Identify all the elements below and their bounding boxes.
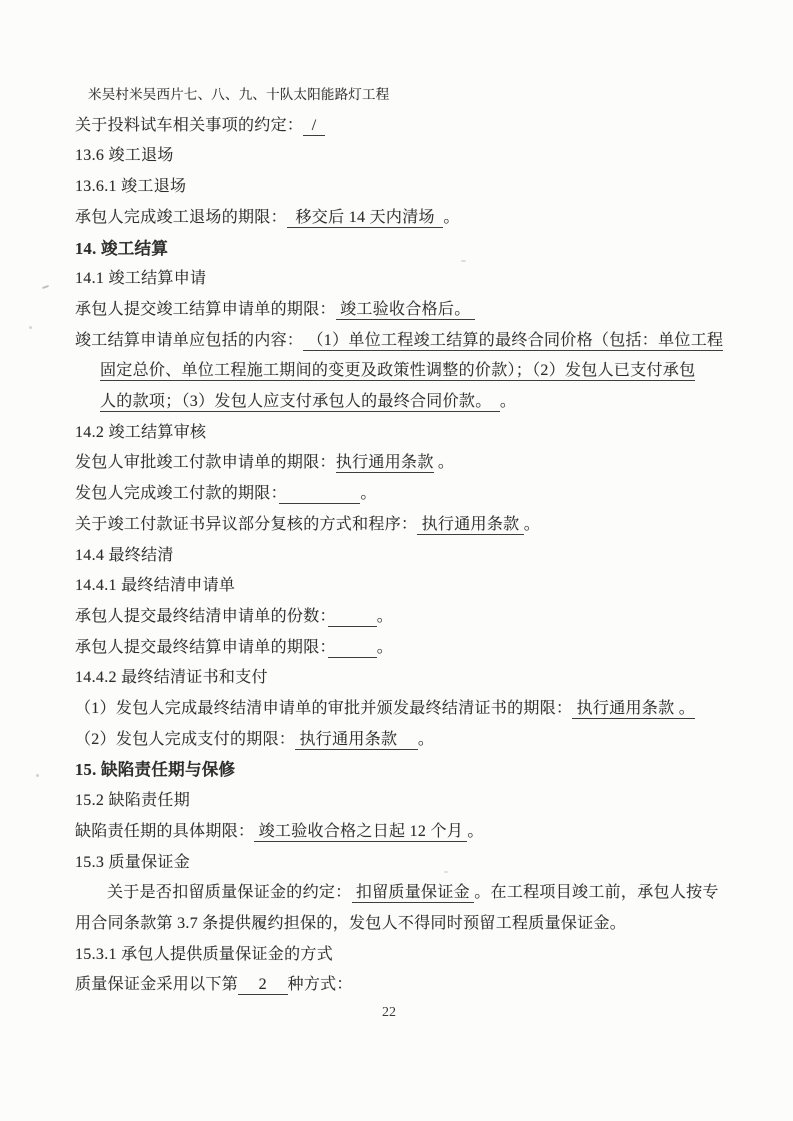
scan-speck [29,326,32,329]
line-text: 15.2 缺陷责任期 [75,792,190,809]
line-text: （2）发包人完成支付的期限： [75,731,295,748]
doc-line: 13.6 竣工退场 [75,141,775,172]
doc-line: 15.3 质量保证金 [75,848,775,879]
fill-in-blank [328,608,377,627]
doc-line: 质量保证金采用以下第 2 种方式： [75,970,775,1001]
line-text: 米吴村米吴西片七、八、九、十队太阳能路灯工程 [88,87,389,102]
doc-line: （1）发包人完成最终结清申请单的审批并颁发最终结清证书的期限： 执行通用条款 。 [75,694,775,725]
fill-in-blank: 竣工验收合格后。 [336,301,475,320]
line-text: 承包人完成竣工退场的期限： [75,209,287,226]
fill-in-blank: 竣工验收合格之日起 12 个月 [254,823,467,842]
doc-line: 13.6.1 竣工退场 [75,172,775,203]
doc-line: 15.2 缺陷责任期 [75,786,775,817]
line-text: 承包人提交最终结算申请单的期限： [75,639,328,656]
doc-line: 承包人提交竣工结算申请单的期限： 竣工验收合格后。 [75,295,775,326]
line-text: 15. 缺陷责任期与保修 [75,760,235,779]
doc-line: 承包人提交最终结清申请单的份数： 。 [75,602,775,633]
fill-in-blank: 执行通用条款 [417,516,523,535]
doc-line: 缺陷责任期的具体期限： 竣工验收合格之日起 12 个月 。 [75,817,775,848]
line-text: 14.4.1 最终结清申请单 [75,577,235,594]
fill-in-blank: （1）单位工程竣工结算的最终合同价格（包括：单位工程 [303,332,723,351]
line-text: 13.6.1 竣工退场 [75,178,186,195]
doc-line: 15.3.1 承包人提供质量保证金的方式 [75,940,775,971]
line-text: 发包人完成竣工付款的期限： [75,485,279,502]
fill-in-blank: 移交后 14 天内清场 [287,209,444,228]
line-text: 14.4 最终结清 [75,547,174,564]
line-text: 14.2 竣工结算审核 [75,424,206,441]
line-text: （1）发包人完成最终结清申请单的审批并颁发最终结清证书的期限： [75,700,572,717]
line-text-after: 。 [377,608,393,625]
doc-line: 15. 缺陷责任期与保修 [75,755,775,786]
line-text-after: 。 [500,393,516,410]
fill-in-blank: 执行通用条款 。 [572,700,695,719]
fill-in-blank: 人的款项；（3）发包人应支付承包人的最终合同价款。 [100,393,500,412]
doc-line: 14.4.2 最终结清证书和支付 [75,663,775,694]
scanned-contract-page: 米吴村米吴西片七、八、九、十队太阳能路灯工程关于投料试车相关事项的约定： / 1… [0,0,793,1121]
line-text-after: 。 [443,209,459,226]
doc-line: （2）发包人完成支付的期限： 执行通用条款 。 [75,725,775,756]
fill-in-blank: 固定总价、单位工程施工期间的变更及政策性调整的价款）；（2）发包人已支付承包 [100,362,695,381]
fill-in-blank: 扣留质量保证金 [352,884,475,903]
line-text: 14.1 竣工结算申请 [75,270,206,287]
fill-in-blank [328,639,377,658]
page-number: 22 [0,1005,778,1021]
line-text: 关于是否扣留质量保证金的约定： [107,884,352,901]
line-text-after: 。 [524,516,540,533]
line-text: 15.3.1 承包人提供质量保证金的方式 [75,946,333,963]
scan-speck [444,871,448,873]
doc-line: 14.4.1 最终结清申请单 [75,571,775,602]
line-text: 质量保证金采用以下第 [75,976,238,993]
fill-in-blank: 执行通用条款 [336,454,434,473]
doc-line: 固定总价、单位工程施工期间的变更及政策性调整的价款）；（2）发包人已支付承包 [75,356,775,387]
scan-speck [42,285,49,289]
line-text: 14. 竣工结算 [75,239,168,258]
scan-speck [461,260,466,262]
fill-in-blank: 执行通用条款 [295,731,418,750]
line-text: 15.3 质量保证金 [75,854,190,871]
doc-line: 14. 竣工结算 [75,234,775,265]
line-text: 关于投料试车相关事项的约定： [75,117,303,134]
line-text: 14.4.2 最终结清证书和支付 [75,669,268,686]
doc-line: 关于投料试车相关事项的约定： / [75,111,775,142]
doc-line: 米吴村米吴西片七、八、九、十队太阳能路灯工程 [75,80,775,111]
doc-line: 14.1 竣工结算申请 [75,264,775,295]
line-text-after: 种方式： [288,976,353,993]
line-text-after: 。 [467,823,483,840]
fill-in-blank: / [303,117,325,136]
doc-line: 关于是否扣留质量保证金的约定： 扣留质量保证金 。在工程项目竣工前，承包人按专 [75,878,775,909]
doc-line: 关于竣工付款证书异议部分复核的方式和程序： 执行通用条款 。 [75,510,775,541]
contract-text-block: 米吴村米吴西片七、八、九、十队太阳能路灯工程关于投料试车相关事项的约定： / 1… [75,80,775,1001]
line-text: 缺陷责任期的具体期限： [75,823,254,840]
line-text: 承包人提交竣工结算申请单的期限： [75,301,336,318]
doc-line: 用合同条款第 3.7 条提供履约担保的，发包人不得同时预留工程质量保证金。 [75,909,775,940]
fill-in-blank: 2 [238,976,288,995]
scan-speck [36,774,39,777]
line-text: 竣工结算申请单应包括的内容： [75,332,303,349]
line-text: 发包人审批竣工付款申请单的期限： [75,454,336,471]
doc-line: 发包人审批竣工付款申请单的期限：执行通用条款 。 [75,448,775,479]
line-text-after: 。 [434,454,455,471]
doc-line: 14.2 竣工结算审核 [75,418,775,449]
line-text-after: 。 [418,731,434,748]
line-text-after: 。 [360,485,376,502]
doc-line: 人的款项；（3）发包人应支付承包人的最终合同价款。 。 [75,387,775,418]
doc-line: 14.4 最终结清 [75,541,775,572]
line-text: 承包人提交最终结清申请单的份数： [75,608,328,625]
line-text-after: 。 [377,639,393,656]
line-text: 关于竣工付款证书异议部分复核的方式和程序： [75,516,417,533]
line-text: 用合同条款第 3.7 条提供履约担保的，发包人不得同时预留工程质量保证金。 [75,915,626,932]
line-text: 13.6 竣工退场 [75,147,174,164]
doc-line: 发包人完成竣工付款的期限： 。 [75,479,775,510]
line-text-after: 。在工程项目竣工前，承包人按专 [474,884,719,901]
fill-in-blank [279,485,361,504]
doc-line: 承包人完成竣工退场的期限： 移交后 14 天内清场 。 [75,203,775,234]
doc-line: 竣工结算申请单应包括的内容： （1）单位工程竣工结算的最终合同价格（包括：单位工… [75,326,775,357]
doc-line: 承包人提交最终结算申请单的期限： 。 [75,633,775,664]
